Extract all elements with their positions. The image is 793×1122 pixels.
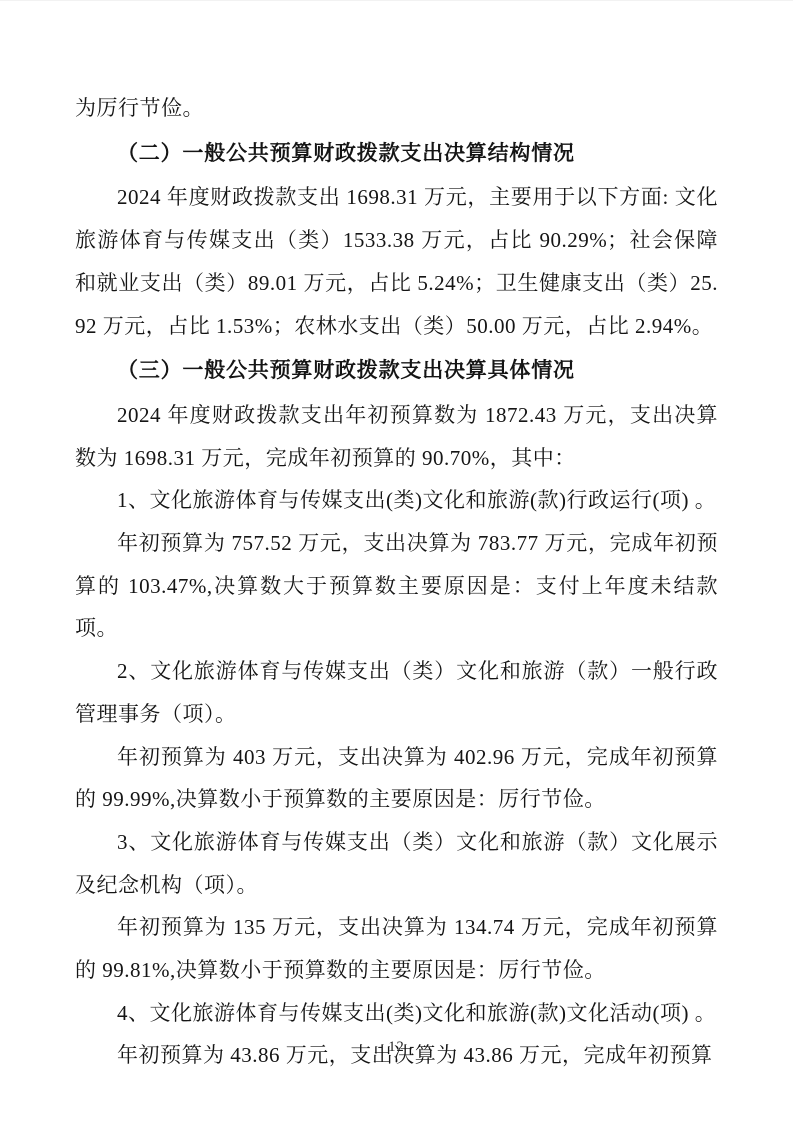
paragraph-item-3-detail: 年初预算为 135 万元，支出决算为 134.74 万元，完成年初预算的 99.… xyxy=(75,906,718,991)
paragraph-budget-summary: 2024 年度财政拨款支出年初预算数为 1872.43 万元，支出决算数为 16… xyxy=(75,394,718,479)
section-heading-2: （二）一般公共预算财政拨款支出决算结构情况 xyxy=(75,132,718,175)
page-number: - 12 - xyxy=(0,1039,793,1056)
paragraph-item-4-title: 4、文化旅游体育与传媒支出(类)文化和旅游(款)文化活动(项) 。 xyxy=(75,992,718,1035)
document-page: 为厉行节俭。 （二）一般公共预算财政拨款支出决算结构情况 2024 年度财政拨款… xyxy=(0,0,793,1122)
paragraph-item-1-title: 1、文化旅游体育与传媒支出(类)文化和旅游(款)行政运行(项) 。 xyxy=(75,479,718,522)
section-heading-3: （三）一般公共预算财政拨款支出决算具体情况 xyxy=(75,349,718,392)
paragraph-item-1-detail: 年初预算为 757.52 万元，支出决算为 783.77 万元，完成年初预算的 … xyxy=(75,522,718,650)
document-content: 为厉行节俭。 （二）一般公共预算财政拨款支出决算结构情况 2024 年度财政拨款… xyxy=(75,87,718,1077)
paragraph-expenditure-structure: 2024 年度财政拨款支出 1698.31 万元，主要用于以下方面: 文化旅游体… xyxy=(75,176,718,347)
paragraph-item-2-detail: 年初预算为 403 万元，支出决算为 402.96 万元，完成年初预算的 99.… xyxy=(75,736,718,821)
paragraph-item-3-title: 3、文化旅游体育与传媒支出（类）文化和旅游（款）文化展示及纪念机构（项）。 xyxy=(75,821,718,906)
paragraph-item-2-title: 2、文化旅游体育与传媒支出（类）文化和旅游（款）一般行政管理事务（项）。 xyxy=(75,650,718,735)
paragraph-continuation: 为厉行节俭。 xyxy=(75,87,718,130)
